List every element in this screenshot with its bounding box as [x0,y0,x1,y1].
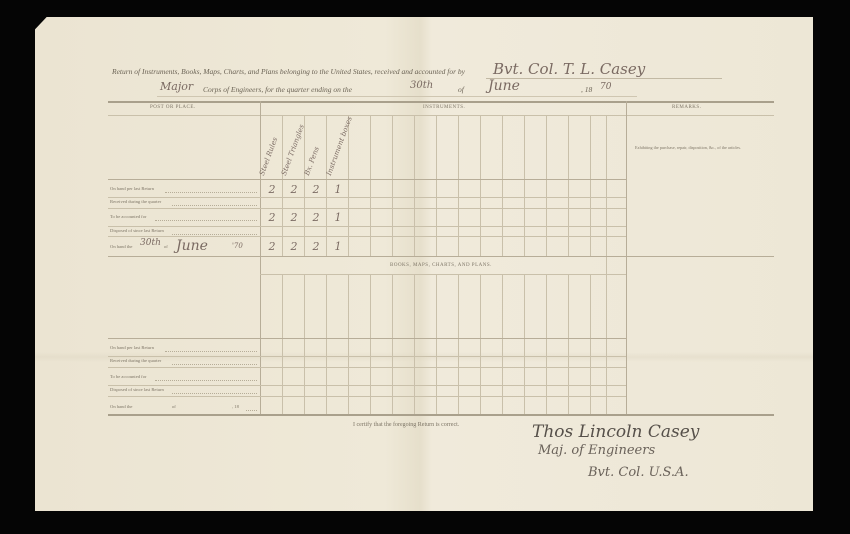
books-row-label-to-be-accounted: To be accounted for [110,374,147,379]
header-underline-1 [486,78,722,79]
books-row-of: of [172,404,176,409]
books-row-label-on-hand-last: On hand per last Return [110,345,154,350]
dotted-leader [172,234,257,235]
row-handwritten-year: '70 [232,242,243,250]
cell-value: 2 [284,211,304,224]
table-top-rule [108,101,774,103]
grid-line [546,274,547,415]
row-of: of [164,244,168,249]
grid-line [348,274,349,415]
grid-line [436,274,437,415]
grid-line [282,274,283,415]
row-line [108,208,626,209]
dotted-leader [172,393,257,394]
dotted-leader [165,192,257,193]
cell-value: 2 [284,240,304,253]
cell-value: 1 [328,183,348,196]
grid-line [326,274,327,415]
grid-line [480,274,481,415]
cell-value: 2 [306,240,326,253]
signature-title-2: Bvt. Col. U.S.A. [588,465,689,480]
header-handwritten-month: June [488,78,520,94]
table-bottom-rule [108,414,774,416]
header-of: of [458,85,464,94]
remarks-note: Exhibiting the purchase, repair, disposi… [628,145,748,150]
section-books-title: BOOKS, MAPS, CHARTS, AND PLANS. [390,263,492,268]
header-handwritten-name: Bvt. Col. T. L. Casey [493,60,645,78]
signature-title-1: Maj. of Engineers [538,443,655,458]
row-line [108,356,626,357]
row-line [108,179,626,180]
row-label-to-be-accounted: To be accounted for [110,214,147,219]
row-line [108,226,626,227]
row-label-received: Received during the quarter [110,199,161,204]
dotted-leader [172,364,257,365]
dotted-leader [155,220,257,221]
header-printed-line2: Corps of Engineers, for the quarter endi… [203,85,352,94]
row-label-on-hand-last: On hand per last Return [110,186,154,191]
cell-value: 1 [328,211,348,224]
header-handwritten-day: 30th [410,80,433,91]
header-year-prefix: , 18 [581,85,592,94]
dotted-leader [155,380,257,381]
cell-value: 2 [306,211,326,224]
cell-value: 2 [306,183,326,196]
header-underline-2 [157,96,637,97]
cell-value: 2 [262,183,282,196]
row-label-on-hand-the: On hand the [110,244,132,249]
row-label-disposed: Disposed of since last Return [110,228,164,233]
books-row-label-received: Received during the quarter [110,358,161,363]
row-line [108,236,626,237]
col-remarks: REMARKS. [672,105,701,110]
cell-value: 2 [262,211,282,224]
cell-value: 2 [262,240,282,253]
grid-line [414,274,415,415]
row-line [108,385,626,386]
signature-name: Thos Lincoln Casey [532,422,699,442]
row-line [108,338,626,339]
dotted-leader [172,205,257,206]
grid-line [606,115,607,415]
grid-line [304,274,305,415]
grid-line [502,274,503,415]
dotted-leader [246,410,257,411]
header-printed-line1: Return of Instruments, Books, Maps, Char… [112,67,465,76]
col-instruments: INSTRUMENTS. [423,105,465,110]
row-line [108,197,626,198]
row-line [108,256,774,257]
header-handwritten-rank: Major [160,80,193,93]
col-post-or-place: POST OR PLACE. [150,105,196,110]
grid-line [392,274,393,415]
cell-value: 1 [328,240,348,253]
books-row-label-on-hand-the: On hand the [110,404,132,409]
cell-value: 2 [284,183,304,196]
grid-line [458,274,459,415]
grid-line [590,274,591,415]
row-line [260,274,626,275]
row-line [108,367,626,368]
books-row-year: , 18 [232,404,239,409]
dotted-leader [165,351,257,352]
grid-line [568,274,569,415]
row-handwritten-month: June [176,238,208,254]
header-divider [108,115,774,116]
books-row-label-disposed: Disposed of since last Return [110,387,164,392]
certification-text: I certify that the foregoing Return is c… [353,422,459,428]
row-line [108,396,626,397]
divider-remarks [626,101,627,415]
grid-line [524,274,525,415]
row-handwritten-day: 30th [140,238,161,248]
header-handwritten-year: 70 [600,82,611,92]
grid-line [370,274,371,415]
